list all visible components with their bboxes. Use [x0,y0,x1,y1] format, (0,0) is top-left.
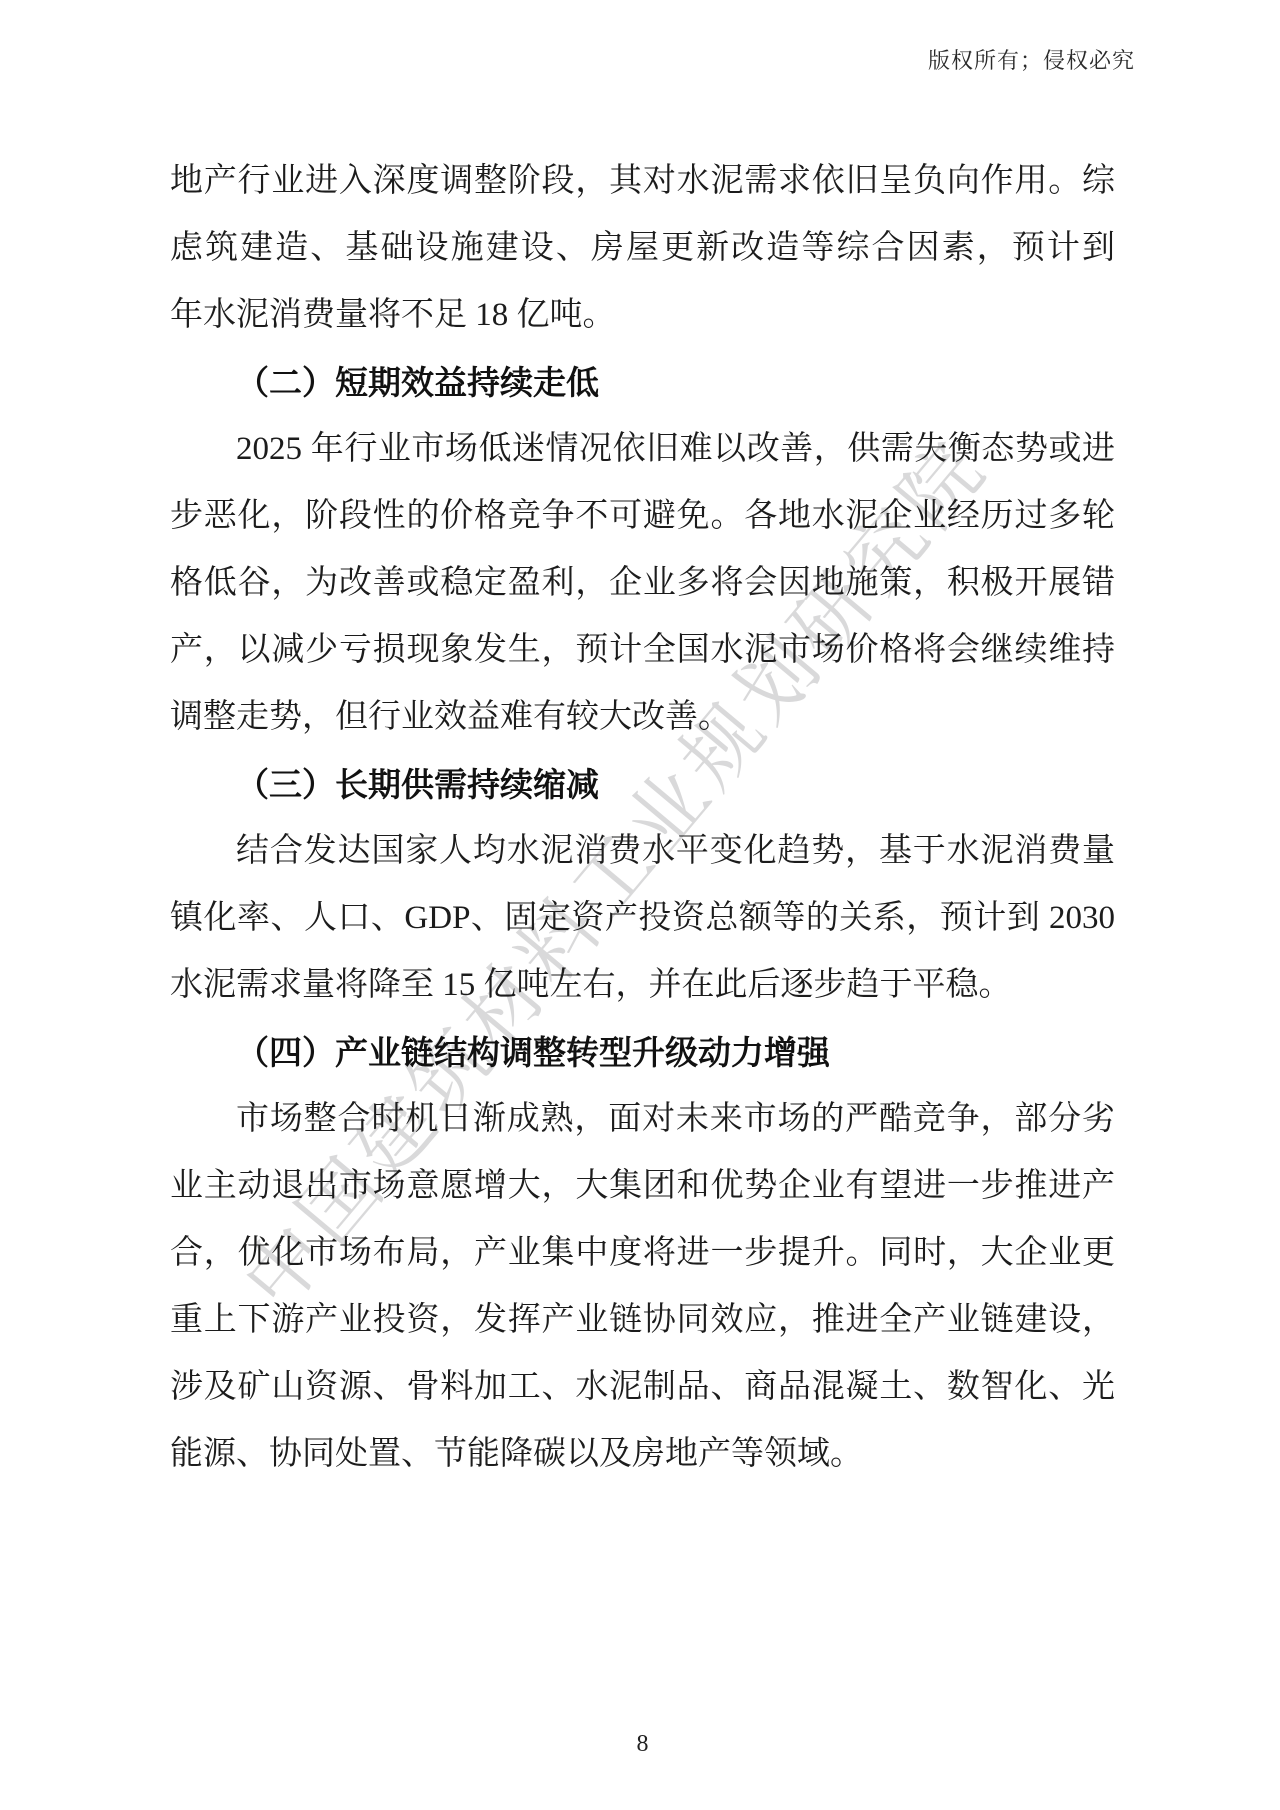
paragraph-line: 产，以减少亏损现象发生，预计全国水泥市场价格将会继续维持震荡 [170,617,1115,684]
paragraph-line: 2025 年行业市场低迷情况依旧难以改善，供需失衡态势或进一 [170,416,1115,483]
paragraph-line: 涉及矿山资源、骨料加工、水泥制品、商品混凝土、数智化、光储新 [170,1354,1115,1421]
paragraph-line: 步恶化，阶段性的价格竞争不可避免。各地水泥企业经历过多轮的价 [170,483,1115,550]
paragraph-line: 地产行业进入深度调整阶段，其对水泥需求依旧呈负向作用。综合考 [170,148,1115,215]
copyright-notice: 版权所有；侵权必究 [928,44,1135,75]
paragraph-line: 调整走势，但行业效益难有较大改善。 [170,684,1115,751]
paragraph-line: 镇化率、人口、GDP、固定资产投资总额等的关系，预计到 2030 年 [170,885,1115,952]
paragraph-line: 格低谷，为改善或稳定盈利，企业多将会因地施策，积极开展错峰生 [170,550,1115,617]
paragraph-line: 市场整合时机日渐成熟，面对未来市场的严酷竞争，部分劣势企 [170,1086,1115,1153]
section-heading-2: （二）短期效益持续走低 [170,349,1115,416]
paragraph-line: 能源、协同处置、节能降碳以及房地产等领域。 [170,1421,1115,1488]
paragraph-line: 水泥需求量将降至 15 亿吨左右，并在此后逐步趋于平稳。 [170,952,1115,1019]
paragraph-line: 年水泥消费量将不足 18 亿吨。 [170,282,1115,349]
paragraph-line: 结合发达国家人均水泥消费水平变化趋势，基于水泥消费量与城 [170,818,1115,885]
page-number: 8 [170,1731,1115,1758]
document-body: 地产行业进入深度调整阶段，其对水泥需求依旧呈负向作用。综合考 虑筑建造、基础设施… [170,148,1115,1488]
paragraph-line: 重上下游产业投资，发挥产业链协同效应，推进全产业链建设，主要 [170,1287,1115,1354]
paragraph-line: 合，优化市场布局，产业集中度将进一步提升。同时，大企业更加注 [170,1220,1115,1287]
section-heading-3: （三）长期供需持续缩减 [170,751,1115,818]
paragraph-line: 业主动退出市场意愿增大，大集团和优势企业有望进一步推进产能整 [170,1153,1115,1220]
paragraph-line: 虑筑建造、基础设施建设、房屋更新改造等综合因素，预计到 2025 [170,215,1115,282]
section-heading-4: （四）产业链结构调整转型升级动力增强 [170,1019,1115,1086]
